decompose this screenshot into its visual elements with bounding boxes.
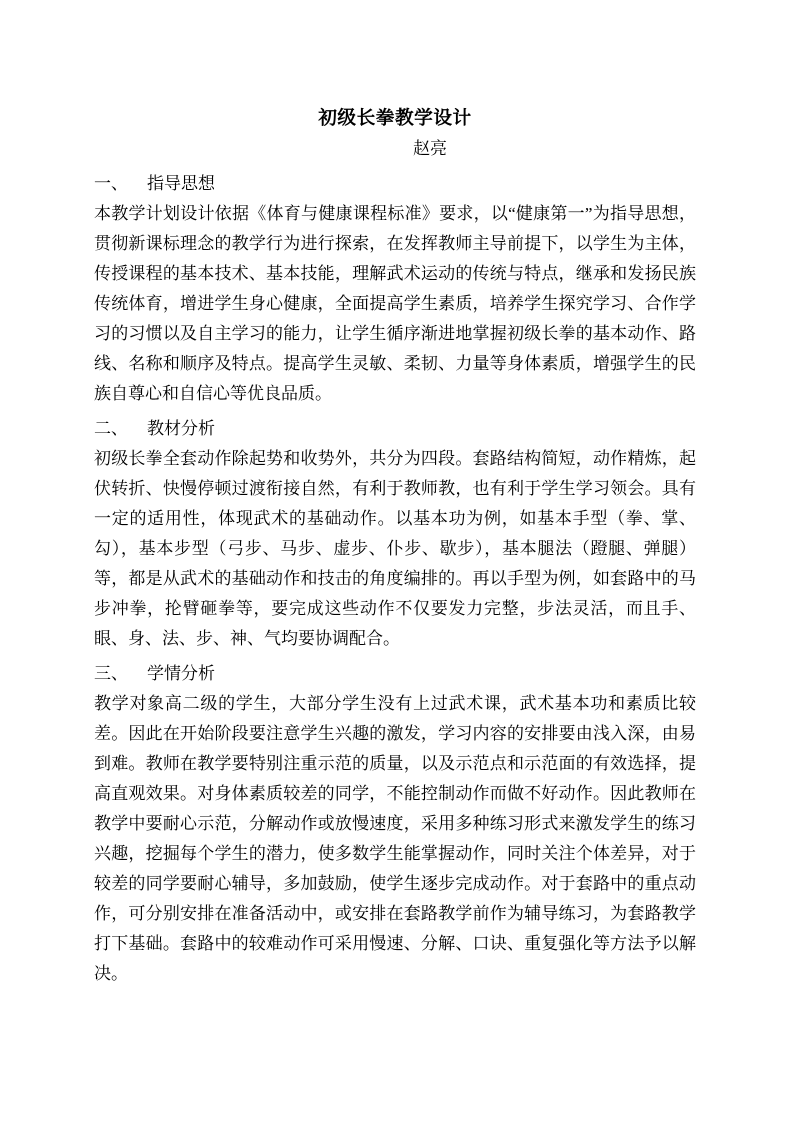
section-number: 二、 (94, 414, 128, 444)
section-paragraph: 本教学计划设计依据《体育与健康课程标准》要求，以“健康第一”为指导思想，贯彻新课… (94, 199, 696, 409)
section-student-analysis: 三、学情分析 教学对象高二级的学生，大部分学生没有上过武术课，武术基本功和素质比… (94, 659, 696, 989)
section-number: 一、 (94, 169, 128, 199)
section-heading: 一、指导思想 (94, 169, 696, 199)
section-number: 三、 (94, 659, 128, 689)
document-title: 初级长拳教学设计 (94, 103, 696, 134)
section-heading: 三、学情分析 (94, 659, 696, 689)
section-title: 指导思想 (147, 174, 215, 193)
section-guiding-ideology: 一、指导思想 本教学计划设计依据《体育与健康课程标准》要求，以“健康第一”为指导… (94, 169, 696, 409)
section-title: 教材分析 (147, 419, 215, 438)
section-paragraph: 初级长拳全套动作除起势和收势外，共分为四段。套路结构简短，动作精炼，起伏转折、快… (94, 444, 696, 654)
document-author: 赵亮 (129, 134, 731, 164)
document-page: 初级长拳教学设计 赵亮 一、指导思想 本教学计划设计依据《体育与健康课程标准》要… (0, 0, 794, 1123)
section-paragraph: 教学对象高二级的学生，大部分学生没有上过武术课，武术基本功和素质比较差。因此在开… (94, 689, 696, 989)
section-heading: 二、教材分析 (94, 414, 696, 444)
section-material-analysis: 二、教材分析 初级长拳全套动作除起势和收势外，共分为四段。套路结构简短，动作精炼… (94, 414, 696, 654)
section-title: 学情分析 (147, 664, 215, 683)
